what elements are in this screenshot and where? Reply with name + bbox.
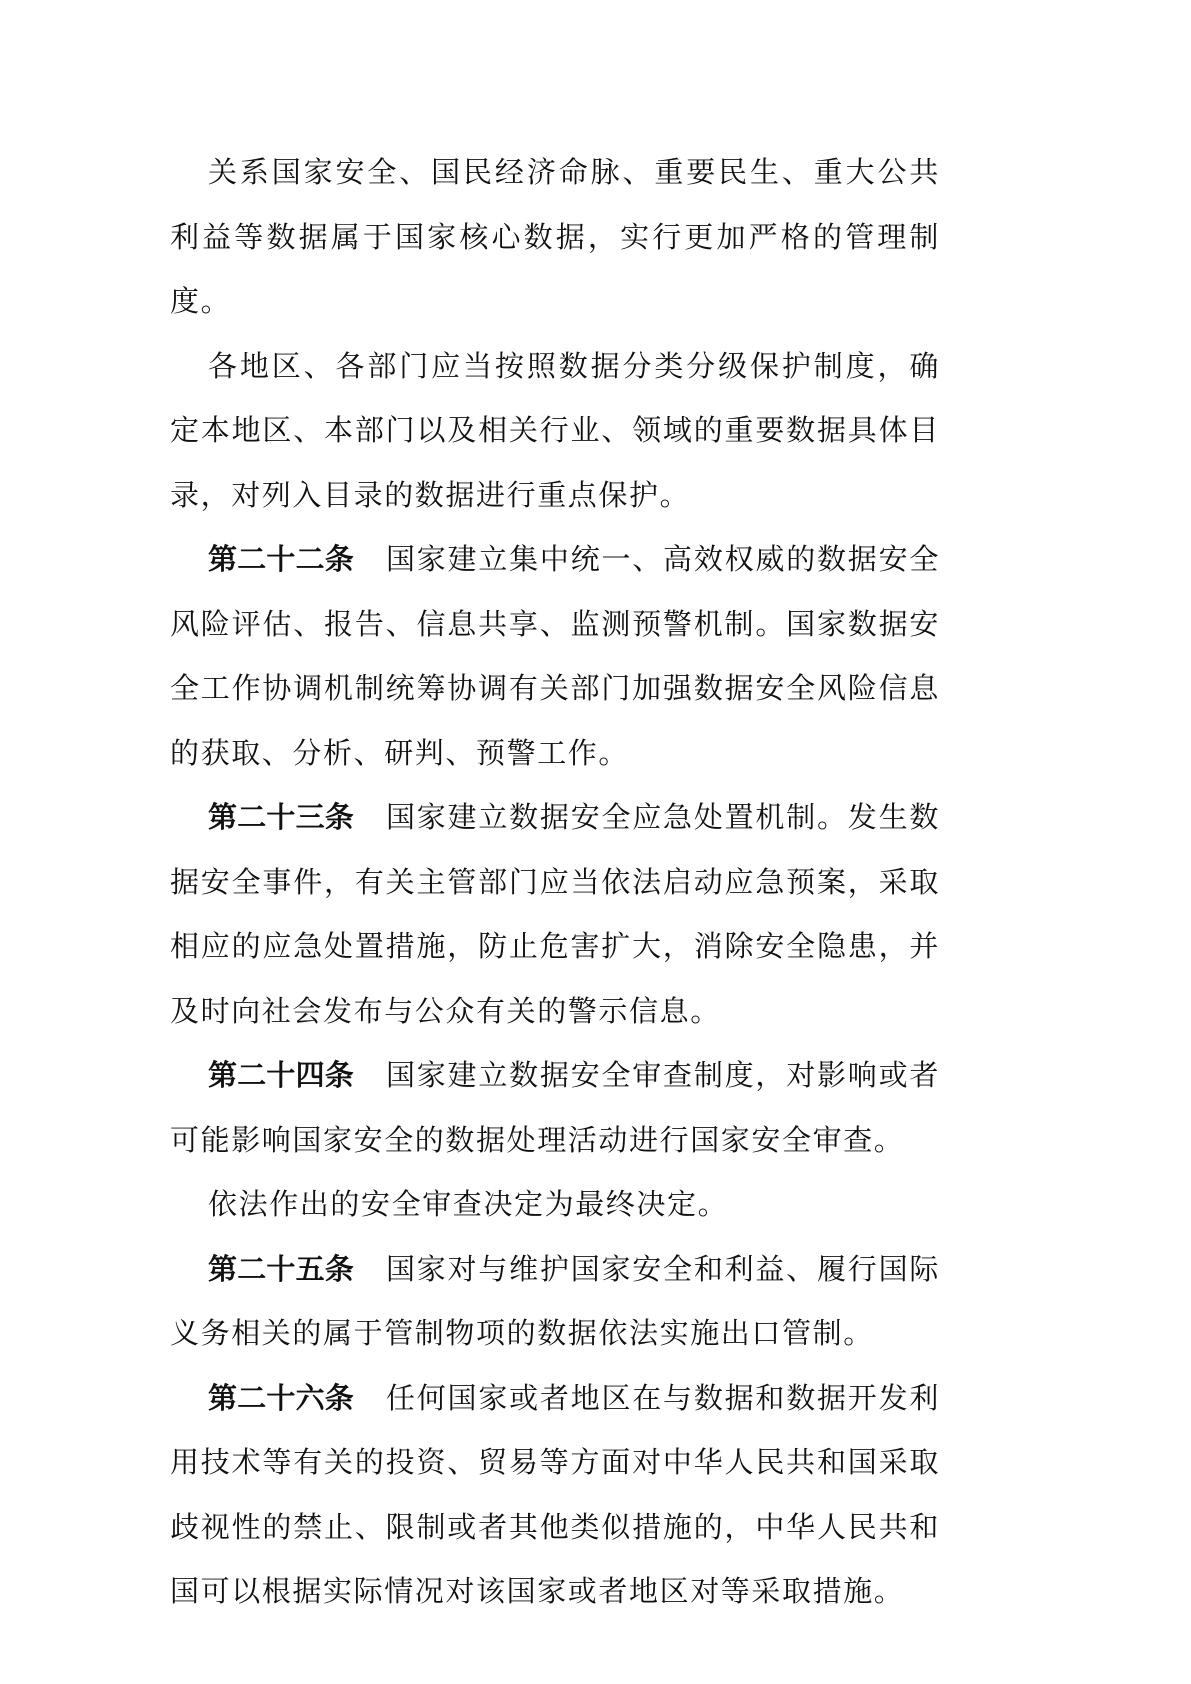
article-26: 第二十六条任何国家或者地区在与数据和数据开发利用技术等有关的投资、贸易等方面对中… bbox=[170, 1366, 940, 1624]
article-22: 第二十二条国家建立集中统一、高效权威的数据安全风险评估、报告、信息共享、监测预警… bbox=[170, 527, 940, 785]
article-number: 第二十四条 bbox=[208, 1058, 354, 1092]
paragraph-text: 国家建立数据安全应急处置机制。发生数据安全事件，有关主管部门应当依法启动应急预案… bbox=[170, 800, 940, 1028]
paragraph-core-data: 关系国家安全、国民经济命脉、重要民生、重大公共利益等数据属于国家核心数据，实行更… bbox=[170, 140, 940, 334]
article-24: 第二十四条国家建立数据安全审查制度，对影响或者可能影响国家安全的数据处理活动进行… bbox=[170, 1043, 940, 1172]
paragraph-text: 关系国家安全、国民经济命脉、重要民生、重大公共利益等数据属于国家核心数据，实行更… bbox=[170, 155, 940, 318]
article-25: 第二十五条国家对与维护国家安全和利益、履行国际义务相关的属于管制物项的数据依法实… bbox=[170, 1237, 940, 1366]
article-number: 第二十五条 bbox=[208, 1252, 354, 1286]
paragraph-review-final: 依法作出的安全审查决定为最终决定。 bbox=[170, 1172, 940, 1237]
paragraph-text: 各地区、各部门应当按照数据分类分级保护制度，确定本地区、本部门以及相关行业、领域… bbox=[170, 349, 940, 512]
article-number: 第二十三条 bbox=[208, 800, 354, 834]
document-page: 关系国家安全、国民经济命脉、重要民生、重大公共利益等数据属于国家核心数据，实行更… bbox=[170, 140, 940, 1624]
paragraph-text: 国家建立集中统一、高效权威的数据安全风险评估、报告、信息共享、监测预警机制。国家… bbox=[170, 542, 940, 770]
paragraph-text: 依法作出的安全审查决定为最终决定。 bbox=[208, 1187, 728, 1221]
article-23: 第二十三条国家建立数据安全应急处置机制。发生数据安全事件，有关主管部门应当依法启… bbox=[170, 785, 940, 1043]
paragraph-classification: 各地区、各部门应当按照数据分类分级保护制度，确定本地区、本部门以及相关行业、领域… bbox=[170, 334, 940, 528]
article-number: 第二十六条 bbox=[208, 1381, 354, 1415]
article-number: 第二十二条 bbox=[208, 542, 354, 576]
